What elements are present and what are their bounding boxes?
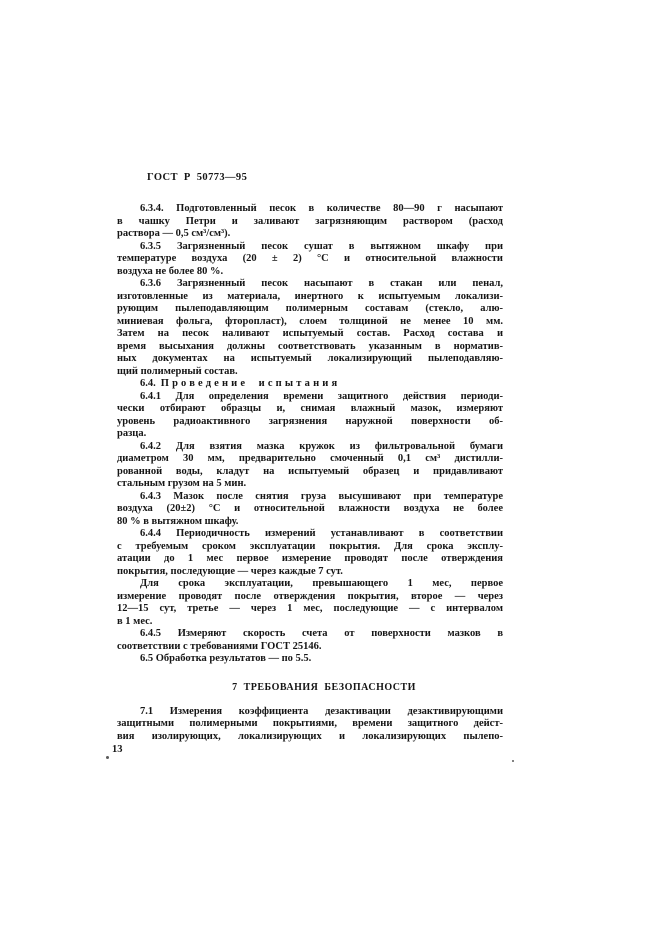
text-line: уровень радиоактивного загрязнения наруж… (117, 416, 503, 429)
text-line: стальным грузом на 5 мин. (117, 478, 503, 491)
text-line: покрытия, последующие — через каждые 7 с… (117, 566, 503, 579)
text-line: температуре воздуха (20 ± 2) °С и относи… (117, 253, 503, 266)
para-6-3-6: 6.3.6 Загрязненный песок насыпают в стак… (117, 278, 503, 378)
text-line: щий полимерный состав. (117, 366, 503, 379)
text-line: рующим пылеподавляющим полимерным состав… (117, 303, 503, 316)
running-header: ГОСТ Р 50773—95 (117, 172, 503, 184)
text-line: изготовленные из материала, инертного к … (117, 291, 503, 304)
text-line: диаметром 30 мм, предварительно смоченны… (117, 453, 503, 466)
text-line: 6.4.3 Мазок после снятия груза высушиваю… (117, 491, 503, 504)
text-line: воздуха (20±2) °С и относительной влажно… (117, 503, 503, 516)
para-6-3-4: 6.3.4. Подготовленный песок в количестве… (117, 203, 503, 241)
para-6-3-5: 6.3.5 Загрязненный песок сушат в вытяжно… (117, 241, 503, 279)
text-line: 6.4.2 Для взятия мазка кружок из фильтро… (117, 441, 503, 454)
text-line: раствора — 0,5 см³/см³). (117, 228, 503, 241)
text-line: рованной воды, кладут на испытуемый обра… (117, 466, 503, 479)
heading-7: 7 ТРЕБОВАНИЯ БЕЗОПАСНОСТИ (117, 681, 503, 694)
heading-6-4: 6.4.Проведение испытания (117, 378, 503, 391)
text-line: разца. (117, 428, 503, 441)
text-column: ГОСТ Р 50773—95 6.3.4. Подготовленный пе… (117, 172, 503, 743)
para-6-4-5: 6.4.5 Измеряют скорость счета от поверхн… (117, 628, 503, 653)
text-line: в чашку Петри и заливают загрязняющим ра… (117, 216, 503, 229)
text-line: измерение проводят после отверждения пок… (117, 591, 503, 604)
text-line: защитными полимерными покрытиями, времен… (117, 718, 503, 731)
text-line: с требуемым сроком эксплуатации покрытия… (117, 541, 503, 554)
text-line: 6.5 Обработка результатов — по 5.5. (117, 653, 503, 666)
text-line: 6.4.1 Для определения времени защитного … (117, 391, 503, 404)
text-line: миниевая фольга, фторопласт), слоем толщ… (117, 316, 503, 329)
para-6-4-2: 6.4.2 Для взятия мазка кружок из фильтро… (117, 441, 503, 491)
text-line: соответствии с требованиями ГОСТ 25146. (117, 641, 503, 654)
heading-title: Проведение испытания (161, 378, 341, 389)
para-6-4-3: 6.4.3 Мазок после снятия груза высушиваю… (117, 491, 503, 529)
document-page: ГОСТ Р 50773—95 6.3.4. Подготовленный пе… (0, 0, 661, 935)
text-line: Затем на песок наливают испытуемый соста… (117, 328, 503, 341)
text-line: вия изолирующих, локализирующих и локали… (117, 731, 503, 744)
scan-artifact-dot (512, 760, 514, 762)
text-line: 6.3.5 Загрязненный песок сушат в вытяжно… (117, 241, 503, 254)
text-line: 7.1 Измерения коэффициента дезактивации … (117, 706, 503, 719)
text-line: ных документах на испытуемый локализирую… (117, 353, 503, 366)
text-line: время высыхания должны соответствовать у… (117, 341, 503, 354)
page-number: 13 (112, 744, 123, 756)
text-line: атации до 1 мес первое измерение проводя… (117, 553, 503, 566)
text-line: Для срока эксплуатации, превышающего 1 м… (117, 578, 503, 591)
text-line: в 1 мес. (117, 616, 503, 629)
para-6-4-1: 6.4.1 Для определения времени защитного … (117, 391, 503, 441)
para-6-4-4-cont: Для срока эксплуатации, превышающего 1 м… (117, 578, 503, 628)
para-6-5: 6.5 Обработка результатов — по 5.5. (117, 653, 503, 666)
text-line: 6.4.5 Измеряют скорость счета от поверхн… (117, 628, 503, 641)
scan-artifact-dot (106, 756, 109, 759)
para-6-4-4: 6.4.4 Периодичность измерений устанавлив… (117, 528, 503, 578)
document-body: 6.3.4. Подготовленный песок в количестве… (117, 203, 503, 743)
text-line: воздуха не более 80 %. (117, 266, 503, 279)
text-line: 6.3.4. Подготовленный песок в количестве… (117, 203, 503, 216)
text-line: 12—15 сут, третье — через 1 мес, последу… (117, 603, 503, 616)
text-line: 6.4.4 Периодичность измерений устанавлив… (117, 528, 503, 541)
para-7-1: 7.1 Измерения коэффициента дезактивации … (117, 706, 503, 744)
text-line: чески отбирают образцы и, снимая влажный… (117, 403, 503, 416)
heading-number: 6.4. (140, 378, 156, 389)
text-line: 80 % в вытяжном шкафу. (117, 516, 503, 529)
text-line: 6.3.6 Загрязненный песок насыпают в стак… (117, 278, 503, 291)
